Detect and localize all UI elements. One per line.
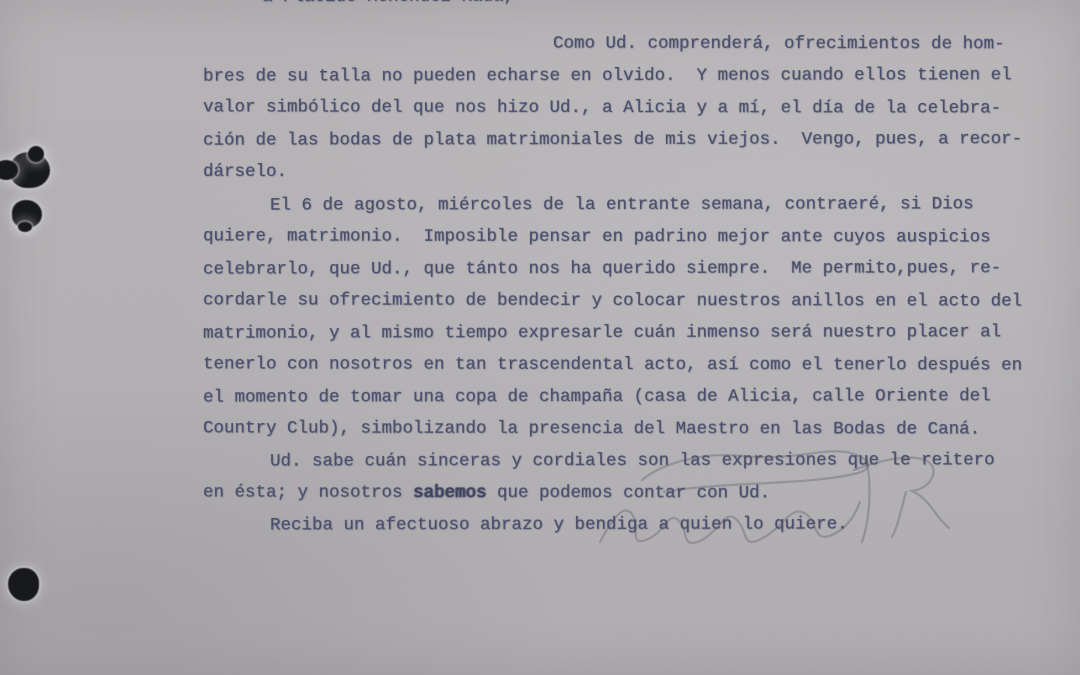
letter-line: valor simbólico del que nos hizo Ud., a …: [203, 96, 1001, 119]
letter-line: matrimonio, y al mismo tiempo expresarle…: [203, 321, 1001, 344]
letter-line: Como Ud. comprenderá, ofrecimientos de h…: [553, 33, 1005, 56]
letter-line: quiere, matrimonio. Imposible pensar en …: [203, 225, 991, 248]
letter-line: cordarle su ofrecimiento de bendecir y c…: [203, 289, 1022, 312]
letter-line: Reciba un afectuoso abrazo y bendiga a q…: [270, 513, 848, 536]
letter-line: Country Club), simbolizando la presencia…: [203, 417, 980, 440]
scanned-letter-page: { "document": { "kind": "typewritten let…: [0, 0, 1080, 675]
letter-header-fragment: a Plácido Menéndez Rada,: [262, 0, 514, 8]
letter-line: El 6 de agosto, miércoles de la entrante…: [270, 193, 974, 216]
letter-line: el momento de tomar una copa de champaña…: [203, 385, 991, 408]
letter-line: celebrarlo, que Ud., que tánto nos ha qu…: [203, 257, 1001, 280]
letter-line: dárselo.: [203, 161, 287, 183]
letter-body: a Plácido Menéndez Rada, Como Ud. compre…: [0, 0, 1080, 675]
letter-line: bres de su talla no pueden echarse en ol…: [203, 64, 1012, 87]
letter-line: tenerlo con nosotros en tan trascendenta…: [203, 353, 1022, 376]
letter-line: Ud. sabe cuán sinceras y cordiales son l…: [270, 449, 995, 472]
overstruck-word: sabemos: [413, 482, 487, 504]
letter-line: ción de las bodas de plata matrimoniales…: [203, 128, 1022, 151]
